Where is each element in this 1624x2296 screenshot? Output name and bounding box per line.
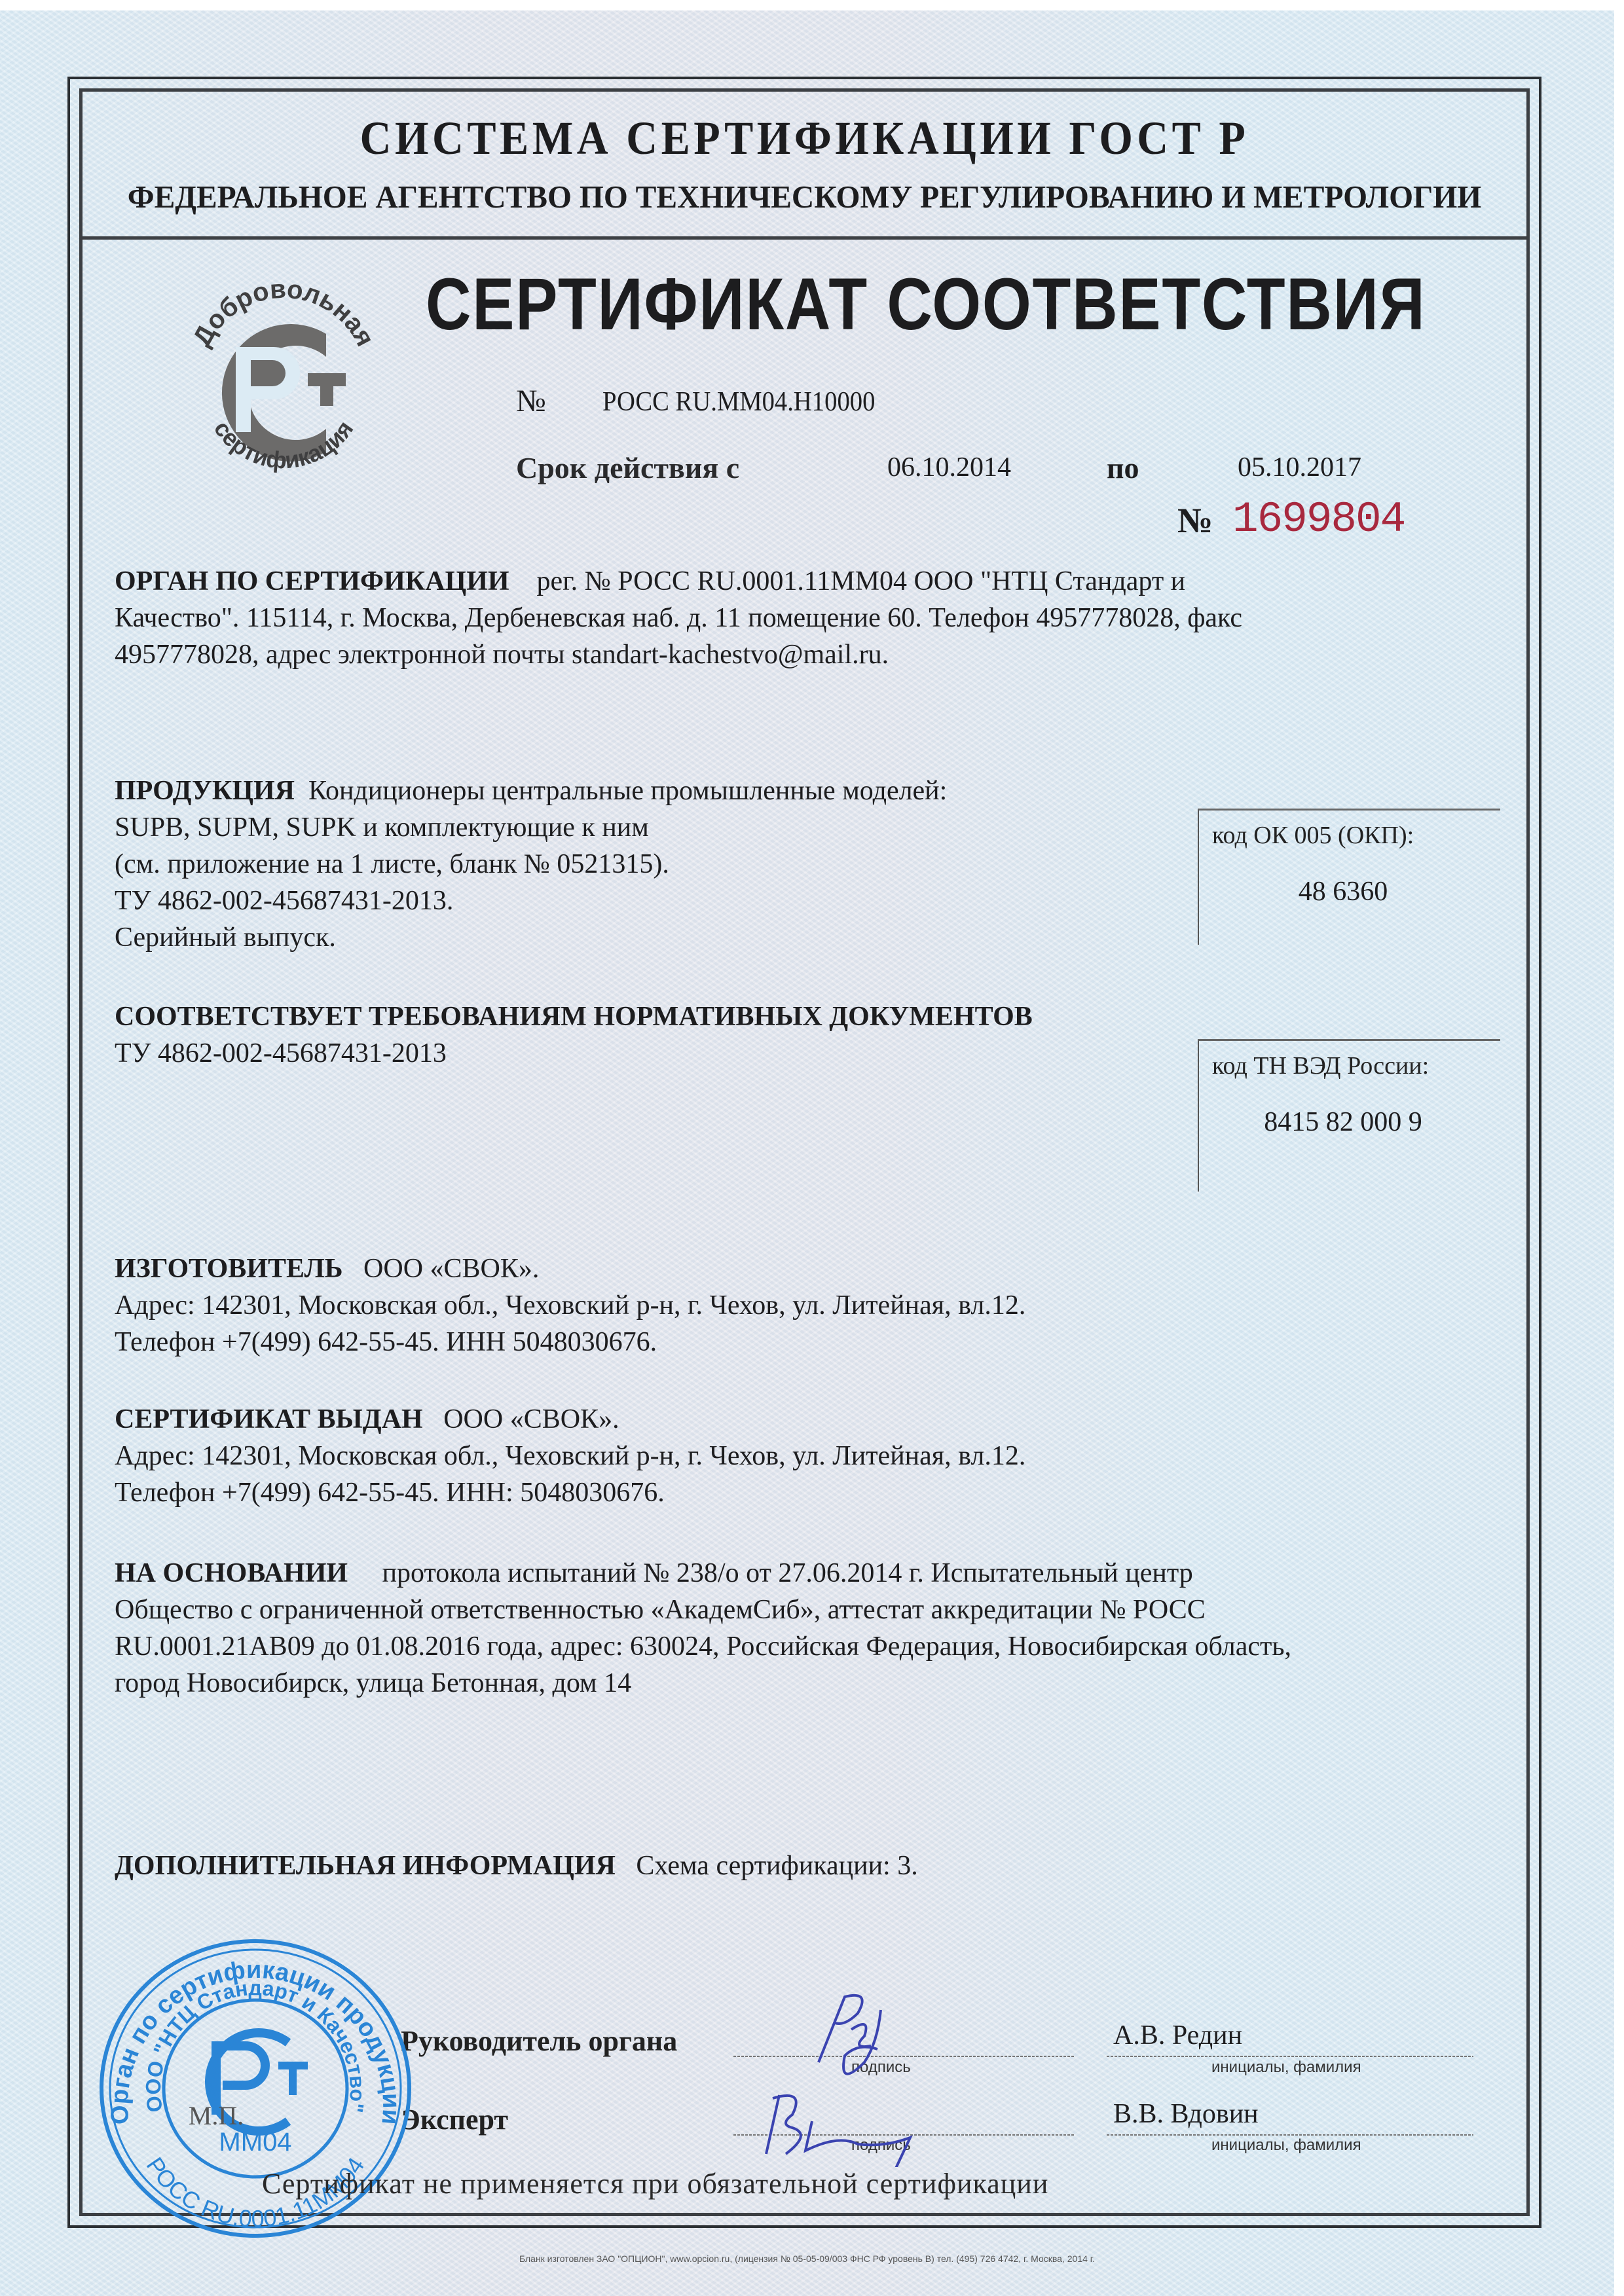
agency-title: ФЕДЕРАЛЬНОЕ АГЕНТСТВО ПО ТЕХНИЧЕСКОМУ РЕ… <box>101 178 1508 215</box>
certification-scheme: Схема сертификации: 3. <box>636 1851 917 1881</box>
issued-to-section: СЕРТИФИКАТ ВЫДАН ООО «СВОК». Адрес: 1423… <box>115 1401 1025 1511</box>
manufacturer-contacts: Телефон +7(499) 642-55-45. ИНН 504803067… <box>115 1324 1025 1360</box>
manufacturer-label: ИЗГОТОВИТЕЛЬ <box>115 1254 343 1284</box>
head-of-body-label: Руководитель органа <box>401 2024 677 2058</box>
tnved-code-value: 8415 82 000 9 <box>1199 1106 1487 1138</box>
product-label: ПРОДУКЦИЯ <box>115 776 295 806</box>
head-name-caption: инициалы, фамилия <box>1211 2058 1361 2077</box>
okp-code-value: 48 6360 <box>1199 876 1487 907</box>
valid-to-label: по <box>1107 450 1139 485</box>
certification-body-line: 4957778028, адрес электронной почты stan… <box>115 636 1242 673</box>
expert-signature-icon <box>753 2082 923 2167</box>
expert-name-caption: инициалы, фамилия <box>1211 2136 1361 2155</box>
expert-name-line <box>1107 2134 1473 2136</box>
expert-name: В.В. Вдовин <box>1113 2098 1259 2130</box>
blank-printer-imprint: Бланк изготовлен ЗАО "ОПЦИОН", www.opcio… <box>0 2253 1614 2264</box>
product-line: ТУ 4862-002-45687431-2013. <box>115 883 947 919</box>
product-line: (см. приложение на 1 листе, бланк № 0521… <box>115 846 947 883</box>
valid-to-date: 05.10.2017 <box>1238 452 1361 483</box>
manufacturer-address: Адрес: 142301, Московская обл., Чеховски… <box>115 1287 1025 1324</box>
product-line: Кондиционеры центральные промышленные мо… <box>308 776 947 806</box>
svg-text:М.П.: М.П. <box>189 2101 244 2130</box>
basis-section: НА ОСНОВАНИИ протокола испытаний № 238/о… <box>115 1555 1291 1702</box>
additional-info-label: ДОПОЛНИТЕЛЬНАЯ ИНФОРМАЦИЯ <box>115 1851 616 1881</box>
product-line: Серийный выпуск. <box>115 919 947 956</box>
tnved-code-box: код ТН ВЭД России: 8415 82 000 9 <box>1198 1039 1500 1192</box>
product-section: ПРОДУКЦИЯ Кондиционеры центральные промы… <box>115 773 947 956</box>
head-name-line <box>1107 2056 1473 2057</box>
okp-code-label: код ОК 005 (ОКП): <box>1212 821 1414 850</box>
head-signature-icon <box>773 1984 904 2095</box>
rst-voluntary-certification-logo-icon: Добровольная сертификация <box>175 268 392 504</box>
certification-body-stamp-icon: Орган по сертификации продукции ООО "НТЦ… <box>92 1925 419 2252</box>
issued-to-contacts: Телефон +7(499) 642-55-45. ИНН: 50480306… <box>115 1474 1025 1511</box>
not-for-mandatory-certification-note: Сертификат не применяется при обязательн… <box>262 2167 1048 2200</box>
header-divider <box>83 236 1526 240</box>
certification-body-section: ОРГАН ПО СЕРТИФИКАЦИИ рег. № РОСС RU.000… <box>115 563 1242 673</box>
registration-number-label: № <box>516 383 546 419</box>
certificate-title: СЕРТИФИКАТ СООТВЕТСТВИЯ <box>426 262 1426 346</box>
additional-info-section: ДОПОЛНИТЕЛЬНАЯ ИНФОРМАЦИЯ Схема сертифик… <box>115 1848 918 1884</box>
issued-to-address: Адрес: 142301, Московская обл., Чеховски… <box>115 1438 1025 1474</box>
basis-line: город Новосибирск, улица Бетонная, дом 1… <box>115 1665 1291 1702</box>
tnved-code-label: код ТН ВЭД России: <box>1212 1051 1429 1080</box>
certification-body-line: рег. № РОСС RU.0001.11ММ04 ООО "НТЦ Стан… <box>537 566 1186 596</box>
manufacturer-name: ООО «СВОК». <box>363 1254 539 1284</box>
blank-number-label: № <box>1177 500 1213 541</box>
compliance-label: СООТВЕТСТВУЕТ ТРЕБОВАНИЯМ НОРМАТИВНЫХ ДО… <box>115 998 1033 1035</box>
okp-code-box: код ОК 005 (ОКП): 48 6360 <box>1198 809 1500 945</box>
system-title: СИСТЕМА СЕРТИФИКАЦИИ ГОСТ Р <box>138 111 1472 166</box>
validity-label: Срок действия с <box>516 450 739 485</box>
basis-line: Общество с ограниченной ответственностью… <box>115 1592 1291 1628</box>
registration-number: РОСС RU.ММ04.Н10000 <box>602 386 875 418</box>
certification-body-line: Качество". 115114, г. Москва, Дербеневск… <box>115 600 1242 636</box>
issued-to-name: ООО «СВОК». <box>443 1404 619 1434</box>
basis-line: протокола испытаний № 238/о от 27.06.201… <box>382 1558 1193 1588</box>
head-name: А.В. Редин <box>1113 2020 1242 2051</box>
basis-label: НА ОСНОВАНИИ <box>115 1558 348 1588</box>
manufacturer-section: ИЗГОТОВИТЕЛЬ ООО «СВОК». Адрес: 142301, … <box>115 1250 1025 1360</box>
compliance-document: ТУ 4862-002-45687431-2013 <box>115 1035 1033 1072</box>
certification-body-label: ОРГАН ПО СЕРТИФИКАЦИИ <box>115 566 509 596</box>
issued-to-label: СЕРТИФИКАТ ВЫДАН <box>115 1404 423 1434</box>
blank-serial-number: 1699804 <box>1232 495 1405 544</box>
valid-from-date: 06.10.2014 <box>887 452 1011 483</box>
basis-line: RU.0001.21АВ09 до 01.08.2016 года, адрес… <box>115 1628 1291 1665</box>
compliance-section: СООТВЕТСТВУЕТ ТРЕБОВАНИЯМ НОРМАТИВНЫХ ДО… <box>115 998 1033 1072</box>
svg-text:ММ04: ММ04 <box>219 2128 291 2157</box>
product-line: SUPB, SUPM, SUPK и комплектующие к ним <box>115 809 947 846</box>
